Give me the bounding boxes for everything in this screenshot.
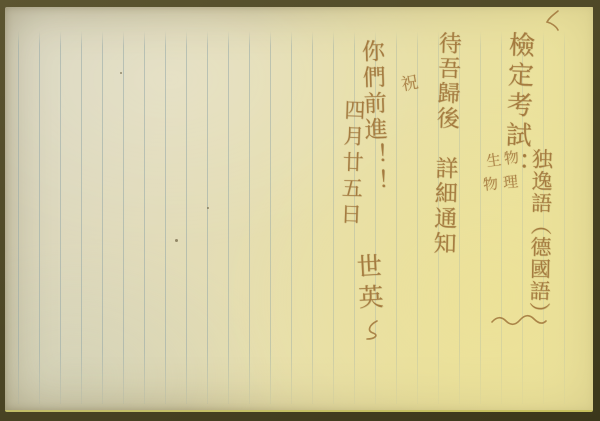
paper-speck (207, 207, 209, 209)
paper-speck (175, 239, 178, 242)
wavy-underline (490, 312, 548, 328)
signature-flourish (363, 319, 383, 341)
stray-pen-mark (543, 9, 565, 35)
signature-text: 世英 (353, 252, 382, 315)
photo-frame: 檢定考試： 独逸語（德國語） 生物 物理 待吾歸後 詳細通知 你們前進！！ 祝 … (0, 0, 600, 421)
date-text: 四月廿五日 (339, 99, 366, 230)
subject-text: 独逸語（德國語） (527, 148, 552, 324)
letter-paper: 檢定考試： 独逸語（德國語） 生物 物理 待吾歸後 詳細通知 你們前進！！ 祝 … (5, 7, 593, 412)
paper-speck (120, 72, 122, 74)
notice-text: 待吾歸後 詳細通知 (430, 31, 460, 257)
subject-note-bottom-text: 物理 (482, 170, 524, 195)
